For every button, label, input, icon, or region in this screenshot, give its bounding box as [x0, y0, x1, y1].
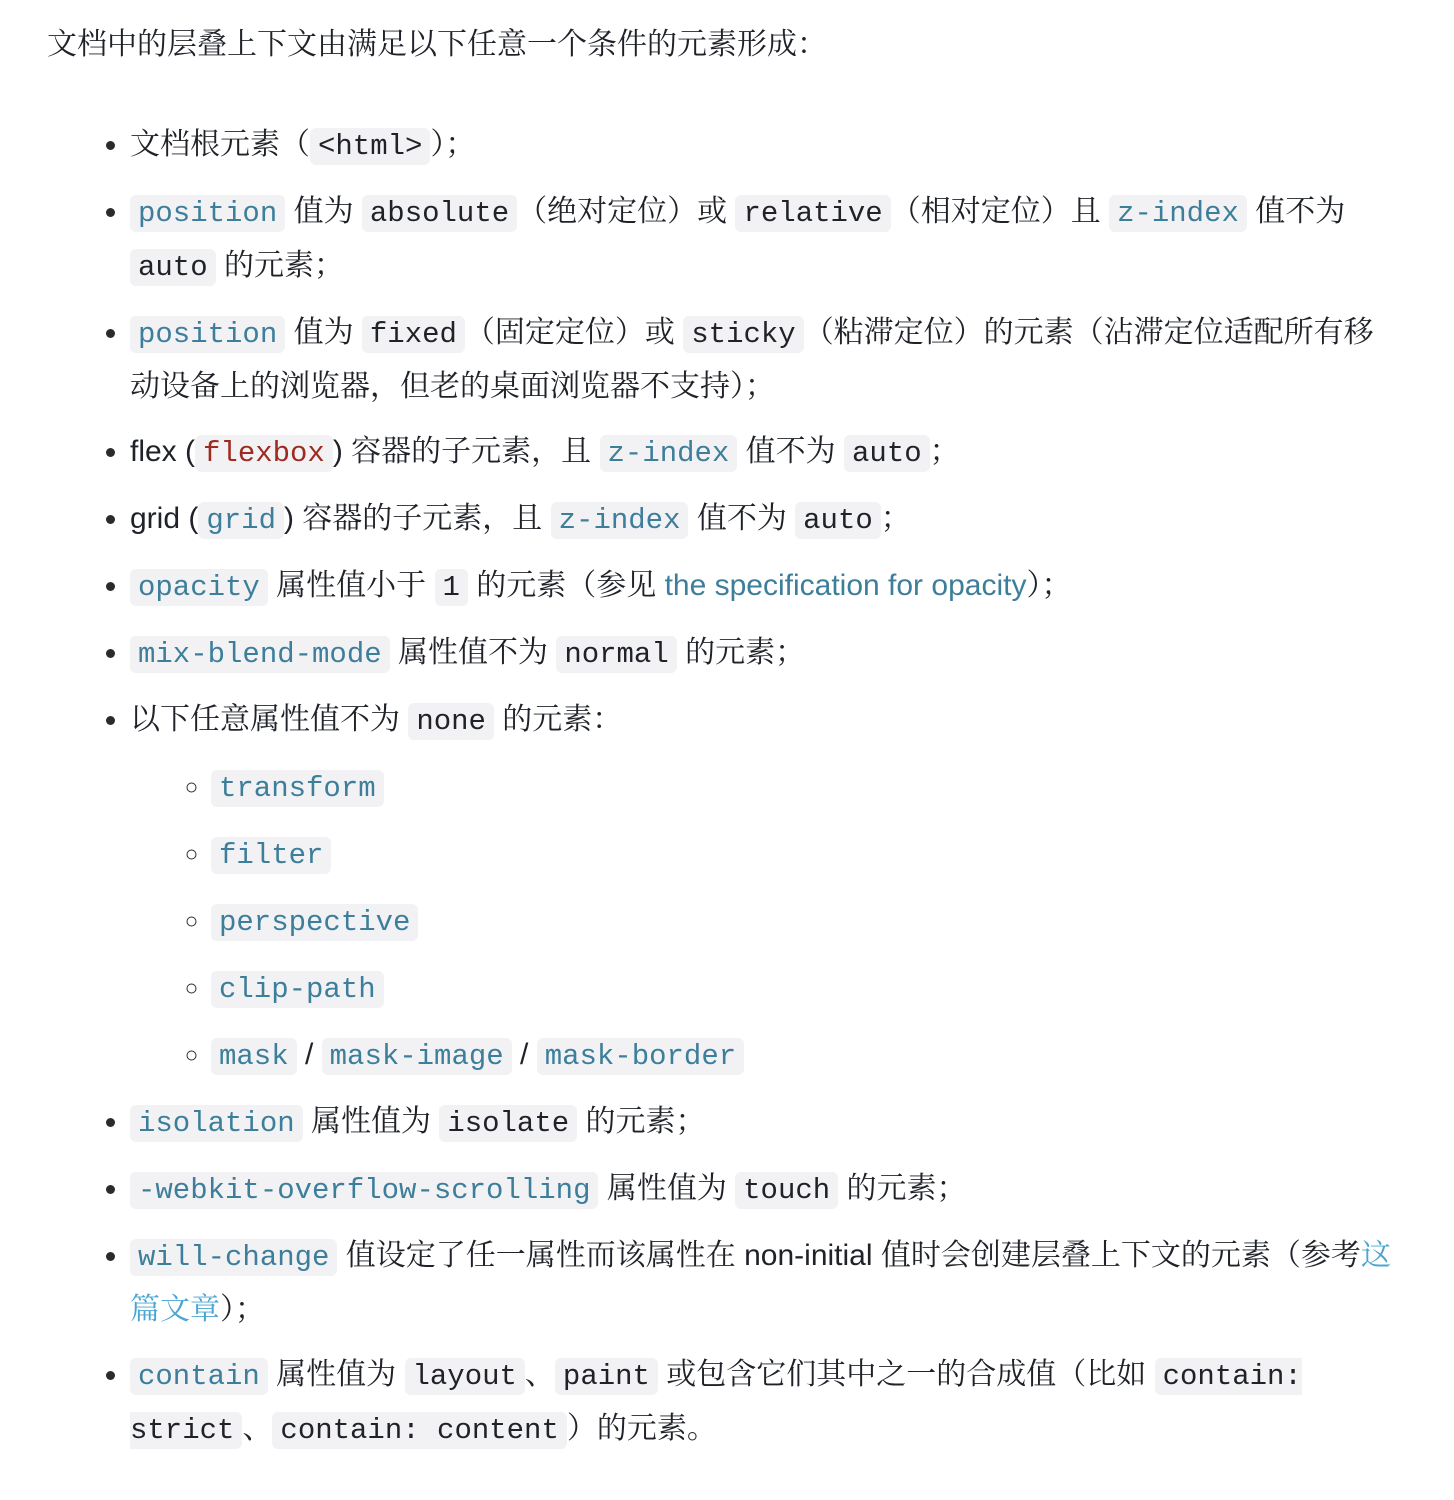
text-run: ) 容器的子元素，且: [333, 435, 600, 468]
code-link[interactable]: transform: [211, 770, 384, 803]
code-link[interactable]: mask: [211, 1038, 297, 1071]
inline-code: relative: [735, 195, 890, 232]
inline-code: sticky: [683, 316, 803, 353]
code-link[interactable]: position: [130, 316, 285, 349]
sub-list-item: mask / mask-image / mask-border: [211, 1029, 1397, 1083]
list-item: flex (flexbox) 容器的子元素，且 z-index 值不为 auto…: [130, 426, 1397, 480]
list-item: -webkit-overflow-scrolling 属性值为 touch 的元…: [130, 1163, 1397, 1217]
text-run: 以下任意属性值不为: [130, 703, 408, 736]
code-link[interactable]: z-index: [600, 435, 738, 468]
text-run: 值为: [285, 195, 362, 228]
code-link[interactable]: isolation: [130, 1105, 303, 1138]
text-run: 值设定了任一属性而该属性在 non-initial 值时会创建层叠上下文的元素（…: [337, 1239, 1360, 1272]
broken-code-link[interactable]: flexbox: [195, 435, 333, 468]
code-link[interactable]: position: [130, 195, 285, 228]
text-run: grid (: [130, 502, 198, 535]
inline-code: perspective: [211, 904, 418, 941]
inline-code: clip-path: [211, 971, 384, 1008]
text-run: 属性值为: [268, 1358, 405, 1391]
inline-code: mask-image: [322, 1038, 512, 1075]
inline-code: 1: [435, 569, 468, 606]
code-link[interactable]: z-index: [1109, 195, 1247, 228]
inline-code: layout: [405, 1358, 525, 1395]
conditions-list: 文档根元素（<html>）；position 值为 absolute（绝对定位）…: [47, 119, 1397, 1457]
text-link[interactable]: the specification for opacity: [665, 569, 1027, 602]
code-link[interactable]: will-change: [130, 1239, 337, 1272]
text-run: 、: [242, 1412, 272, 1445]
inline-code: fixed: [362, 316, 465, 353]
text-run: 属性值小于: [268, 569, 435, 602]
inline-code: mix-blend-mode: [130, 636, 390, 673]
code-link[interactable]: mask-image: [322, 1038, 512, 1071]
text-run: 的元素；: [677, 636, 805, 669]
inline-code: position: [130, 316, 285, 353]
text-run: 或包含它们其中之一的合成值（比如: [658, 1358, 1155, 1391]
inline-code: opacity: [130, 569, 268, 606]
text-run: /: [297, 1038, 322, 1071]
text-run: ；: [930, 435, 960, 468]
inline-code: transform: [211, 770, 384, 807]
list-item: isolation 属性值为 isolate 的元素；: [130, 1096, 1397, 1150]
code-link[interactable]: filter: [211, 837, 331, 870]
inline-code: paint: [555, 1358, 658, 1395]
inline-code: contain: content: [272, 1412, 566, 1449]
text-run: （固定定位）或: [465, 316, 683, 349]
inline-code: touch: [735, 1172, 838, 1209]
code-link[interactable]: -webkit-overflow-scrolling: [130, 1172, 598, 1205]
text-run: ；: [881, 502, 911, 535]
sub-list-item: transform: [211, 761, 1397, 815]
text-run: （相对定位）且: [891, 195, 1109, 228]
text-run: 的元素；: [577, 1105, 705, 1138]
text-run: ）；: [430, 128, 475, 161]
text-run: 的元素：: [494, 703, 622, 736]
text-run: ) 容器的子元素，且: [284, 502, 551, 535]
inline-code: mask-border: [537, 1038, 744, 1075]
text-run: （绝对定位）或: [517, 195, 735, 228]
code-link[interactable]: contain: [130, 1358, 268, 1391]
text-run: 属性值为: [598, 1172, 735, 1205]
text-run: 值不为: [1247, 195, 1345, 228]
sub-list-item: perspective: [211, 895, 1397, 949]
inline-code: z-index: [551, 502, 689, 539]
text-run: 属性值不为: [390, 636, 557, 669]
inline-code: flexbox: [195, 435, 333, 472]
list-item: 以下任意属性值不为 none 的元素：transformfilterperspe…: [130, 694, 1397, 1083]
list-item: will-change 值设定了任一属性而该属性在 non-initial 值时…: [130, 1230, 1397, 1336]
inline-code: auto: [844, 435, 930, 472]
inline-code: grid: [198, 502, 284, 539]
code-link[interactable]: grid: [198, 502, 284, 535]
code-link[interactable]: mix-blend-mode: [130, 636, 390, 669]
text-run: ）；: [220, 1293, 265, 1326]
text-run: 、: [525, 1358, 555, 1391]
inline-code: contain: [130, 1358, 268, 1395]
inline-code: mask: [211, 1038, 297, 1075]
code-link[interactable]: clip-path: [211, 971, 384, 1004]
list-item: position 值为 absolute（绝对定位）或 relative（相对定…: [130, 186, 1397, 294]
sub-list-item: filter: [211, 828, 1397, 882]
text-run: 属性值为: [303, 1105, 440, 1138]
inline-code: z-index: [600, 435, 738, 472]
text-run: 的元素（参见: [468, 569, 665, 602]
text-run: 值为: [285, 316, 362, 349]
inline-code: filter: [211, 837, 331, 874]
list-item: position 值为 fixed（固定定位）或 sticky（粘滞定位）的元素…: [130, 307, 1397, 413]
intro-paragraph: 文档中的层叠上下文由满足以下任意一个条件的元素形成：: [47, 19, 1397, 71]
document-content: 文档中的层叠上下文由满足以下任意一个条件的元素形成： 文档根元素（<html>）…: [0, 0, 1454, 1500]
list-item: 文档根元素（<html>）；: [130, 119, 1397, 173]
code-link[interactable]: mask-border: [537, 1038, 744, 1071]
text-run: 值不为: [737, 435, 844, 468]
inline-code: <html>: [310, 128, 430, 165]
inline-code: auto: [130, 249, 216, 286]
sub-list: transformfilterperspectiveclip-pathmask …: [130, 761, 1397, 1083]
sub-list-item: clip-path: [211, 962, 1397, 1016]
code-link[interactable]: perspective: [211, 904, 418, 937]
text-run: 的元素；: [216, 249, 344, 282]
text-run: 的元素；: [838, 1172, 966, 1205]
code-link[interactable]: opacity: [130, 569, 268, 602]
text-run: 值不为: [688, 502, 795, 535]
inline-code: normal: [556, 636, 676, 673]
inline-code: z-index: [1109, 195, 1247, 232]
inline-code: isolation: [130, 1105, 303, 1142]
text-run: /: [512, 1038, 537, 1071]
list-item: contain 属性值为 layout、paint 或包含它们其中之一的合成值（…: [130, 1349, 1397, 1457]
text-run: flex (: [130, 435, 195, 468]
list-item: mix-blend-mode 属性值不为 normal 的元素；: [130, 627, 1397, 681]
text-run: 文档根元素（: [130, 128, 310, 161]
inline-code: absolute: [362, 195, 517, 232]
inline-code: -webkit-overflow-scrolling: [130, 1172, 598, 1209]
text-run: ）；: [1026, 569, 1071, 602]
inline-code: none: [408, 703, 494, 740]
inline-code: position: [130, 195, 285, 232]
inline-code: will-change: [130, 1239, 337, 1276]
list-item: opacity 属性值小于 1 的元素（参见 the specification…: [130, 560, 1397, 614]
inline-code: isolate: [439, 1105, 577, 1142]
code-link[interactable]: z-index: [551, 502, 689, 535]
list-item: grid (grid) 容器的子元素，且 z-index 值不为 auto；: [130, 493, 1397, 547]
text-run: ）的元素。: [567, 1412, 717, 1445]
inline-code: auto: [795, 502, 881, 539]
